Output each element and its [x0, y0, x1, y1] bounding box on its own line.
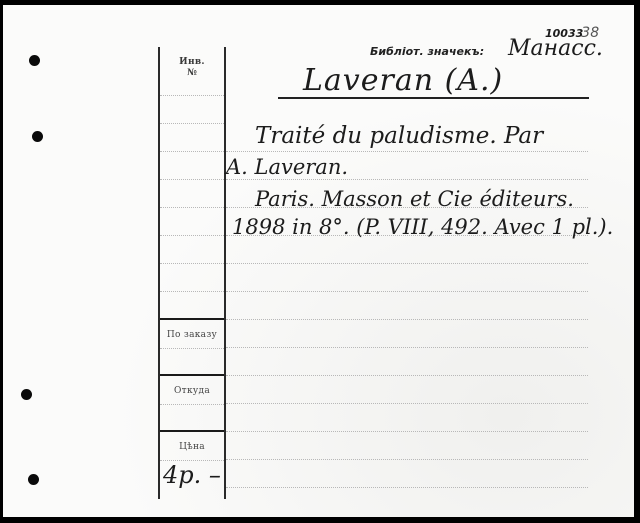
catalog-card: 1003338 Библiот. значекъ: Манасс. Lavera… — [3, 5, 634, 517]
body-rule — [226, 459, 588, 460]
column-rule — [160, 123, 224, 124]
section-divider — [160, 430, 224, 432]
body-rule — [226, 375, 588, 376]
price-value: 4р. – — [163, 461, 221, 489]
column-rule — [160, 95, 224, 96]
column-rule — [160, 348, 224, 349]
library-mark-value: Манасс. — [508, 36, 603, 61]
column-rule — [160, 291, 224, 292]
body-rule — [226, 319, 588, 320]
punch-hole — [29, 55, 40, 66]
column-rule — [160, 207, 224, 208]
description-line-collation: 1898 in 8°. (P. VIII, 492. Avec 1 pl.). — [232, 215, 613, 239]
inv-number-label: Инв. № — [159, 57, 225, 79]
column-rule — [160, 263, 224, 264]
punch-hole — [32, 131, 43, 142]
body-rule — [226, 487, 588, 488]
body-rule — [226, 403, 588, 404]
section-divider — [160, 374, 224, 376]
description-line-author: A. Laveran. — [226, 155, 348, 179]
source-label: Откуда — [159, 386, 225, 396]
punch-hole — [21, 389, 32, 400]
author-heading: Laveran (A.) — [303, 63, 503, 98]
column-rule — [160, 404, 224, 405]
column-rule — [160, 179, 224, 180]
description-line-title: Traité du paludisme. Par — [255, 123, 543, 149]
author-underline — [278, 97, 589, 99]
by-order-label: По заказу — [159, 330, 225, 340]
body-rule — [226, 347, 588, 348]
body-rule — [226, 263, 588, 264]
body-rule — [226, 431, 588, 432]
column-rule — [160, 151, 224, 152]
body-rule — [226, 151, 588, 152]
price-label: Цѣна — [159, 442, 225, 452]
description-line-publisher: Paris. Masson et Cie éditeurs. — [255, 187, 574, 211]
punch-hole — [28, 474, 39, 485]
section-divider — [160, 318, 224, 320]
body-rule — [226, 291, 588, 292]
library-mark-label: Библiот. значекъ: — [370, 45, 484, 58]
column-rule — [160, 235, 224, 236]
body-rule — [226, 179, 588, 180]
